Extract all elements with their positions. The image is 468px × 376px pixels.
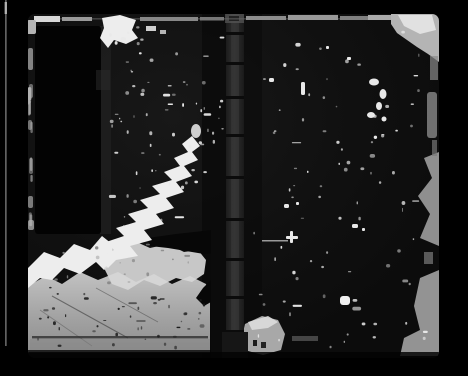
scan-edge-line-tip (5, 2, 7, 14)
title-slip (35, 26, 101, 234)
wear-finger (191, 124, 201, 138)
book-cover (27, 12, 439, 359)
white-fleck (146, 26, 156, 31)
cover-smudge (96, 70, 110, 90)
spine-shadow-right (244, 14, 262, 358)
photo-canvas (0, 0, 468, 376)
scan-edge-line (5, 0, 7, 346)
spine-highlight (231, 14, 239, 358)
bottom-edge-dark (28, 352, 439, 359)
wear-lower-strip (30, 339, 210, 351)
book-cover-photograph (0, 0, 468, 376)
wear-fold-line (32, 336, 208, 338)
white-fleck (160, 30, 166, 34)
title-slip-edge-strip (100, 26, 111, 234)
